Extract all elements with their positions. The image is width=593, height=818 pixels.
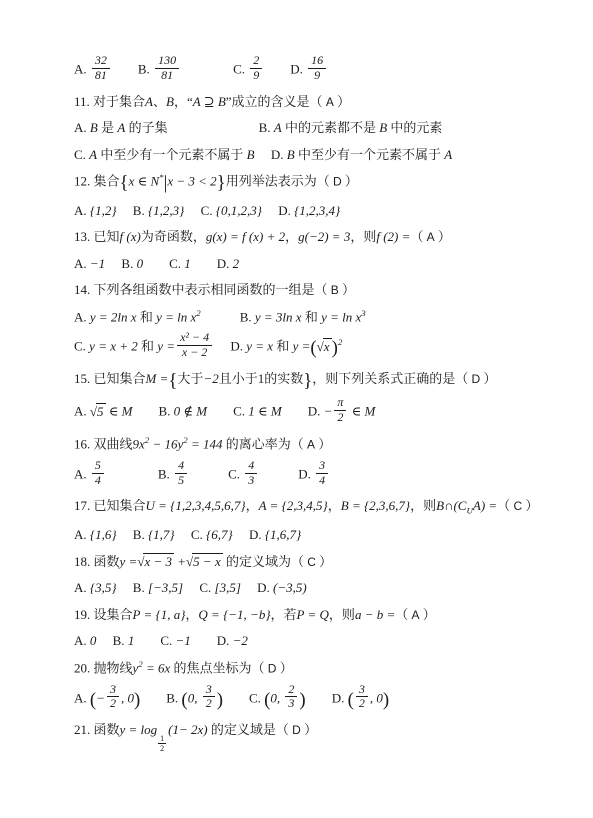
answer-mark: B <box>331 283 339 297</box>
superscript: 2 <box>338 337 342 347</box>
q11-options-cd: C. A 中至少有一个元素不属于 B D. B 中至少有一个元素不属于 A <box>74 145 575 165</box>
math-run: {1,6} <box>90 527 117 542</box>
numerator: 4 <box>245 459 257 474</box>
text-run: D. <box>262 203 294 218</box>
text-run: ） <box>334 94 350 109</box>
text-run: ，若 <box>271 607 297 622</box>
text-run: ，则下列关系式正确的是（ <box>312 371 471 386</box>
text-run: B. <box>106 466 173 481</box>
text-run: D. <box>241 580 273 595</box>
text-run: 和 <box>302 309 322 324</box>
text-run: 的子集 B. <box>125 120 273 135</box>
math-run: = 144 <box>188 436 223 451</box>
q19-stem: 19. 设集合P = {1, a}，Q = {−1, −b}，若P = Q，则a… <box>74 605 575 625</box>
answer-mark: D <box>333 174 342 188</box>
text-run: A. <box>74 580 90 595</box>
math-run: B <box>287 147 295 162</box>
denominator: 2 <box>334 411 346 425</box>
q14-options-ab: A. y = 2ln x 和 y = ln x2 B. y = 3ln x 和 … <box>74 307 575 327</box>
math-run: ∈ M <box>106 404 133 419</box>
math-run: B = {2,3,6,7} <box>341 498 410 513</box>
math-run: −1 <box>90 256 105 271</box>
numerator: 2 <box>250 54 262 69</box>
text-run: D. <box>259 466 314 481</box>
radicand: 5 <box>96 403 106 419</box>
denominator: x − 2 <box>179 346 210 360</box>
text-run: （ <box>410 229 426 244</box>
text-run: D. <box>282 404 324 419</box>
fraction: 32 <box>203 683 215 712</box>
text-run: ） <box>339 282 355 297</box>
text-run: 为奇函数， <box>141 229 206 244</box>
text-run: B. <box>117 527 148 542</box>
math-run: y = 2ln x <box>90 309 137 324</box>
fraction: 43 <box>245 459 257 488</box>
fraction: 34 <box>316 459 328 488</box>
numerator: x² − 4 <box>177 331 212 346</box>
numerator: 4 <box>175 459 187 474</box>
denominator: 9 <box>311 69 323 83</box>
fraction: x² − 4x − 2 <box>177 331 212 360</box>
text-run: 和 <box>273 339 293 354</box>
q16-stem: 16. 双曲线9x2 − 16y2 = 144 的离心率为（ A ） <box>74 434 575 454</box>
fraction: π2 <box>334 396 346 425</box>
text-run: A. <box>74 633 90 648</box>
text-run: B. <box>105 256 136 271</box>
text-run: B. <box>96 633 127 648</box>
q19-options: A. 0 B. 1 C. −1 D. −2 <box>74 631 575 651</box>
text-run: 20. 抛物线 <box>74 660 133 675</box>
text-run: ） <box>316 554 332 569</box>
fraction: 23 <box>285 683 297 712</box>
q15-options: A. √5 ∈ M B. 0 ∉ M C. 1 ∈ M D. −π2 ∈ M <box>74 398 575 427</box>
text-run: C. <box>181 61 248 76</box>
numerator: 2 <box>285 683 297 698</box>
math-run: 9x <box>133 436 145 451</box>
text-run: ，则 <box>350 229 376 244</box>
text-run: C. <box>207 404 248 419</box>
q11-stem: 11. 对于集合A、B，“A ⊇ B”成立的含义是（ A ） <box>74 92 575 112</box>
math-run: + <box>174 554 186 569</box>
text-run: B. <box>117 580 148 595</box>
q16-options: A. 54 B. 45 C. 43 D. 34 <box>74 461 575 490</box>
math-run: M = <box>146 371 169 386</box>
big-delimiter: ( <box>348 689 354 710</box>
q21-stem: 21. 函数y = log12(1− 2x) 的定义域是（ D ） <box>74 720 575 746</box>
q15-stem: 15. 已知集合M ={大于−2且小于1的实数}，则下列关系式正确的是（ D ） <box>74 369 575 391</box>
text-run: C. <box>184 203 215 218</box>
text-run: 12. 集合 <box>74 173 120 188</box>
text-run: 、 <box>153 94 166 109</box>
text-run: ，“ <box>174 94 193 109</box>
text-run: ， <box>246 498 259 513</box>
math-run: −2 <box>203 371 218 386</box>
q20-stem: 20. 抛物线y2 = 6x 的焦点坐标为（ D ） <box>74 658 575 678</box>
answer-mark: A <box>326 95 334 109</box>
text-run: C. <box>74 339 89 354</box>
sqrt-radical: √x − 3 <box>137 554 174 569</box>
fraction: 3281 <box>92 54 110 83</box>
top-options-line: A. 3281 B. 13081 C. 29 D. 169 <box>74 56 575 85</box>
math-run: A <box>274 120 282 135</box>
math-run: {3,5} <box>90 580 117 595</box>
text-run: A. <box>74 256 90 271</box>
math-run: Q = {−1, −b} <box>198 607 270 622</box>
math-run: y = x <box>246 339 273 354</box>
math-run: {1,7} <box>148 527 175 542</box>
math-run: , 0 <box>370 690 383 705</box>
q14-stem: 14. 下列各组函数中表示相同函数的一组是（ B ） <box>74 280 575 300</box>
numerator: π <box>334 396 346 411</box>
denominator: 2 <box>356 697 368 711</box>
math-run: P = {1, a} <box>133 607 186 622</box>
math-run: [−3,5] <box>148 580 183 595</box>
sqrt-radical: √x <box>317 339 332 354</box>
fraction: 29 <box>250 54 262 83</box>
radicand: 5 − x <box>192 553 223 569</box>
fraction: 45 <box>175 459 187 488</box>
big-delimiter: { <box>120 173 129 194</box>
math-run: f (x) <box>120 229 141 244</box>
math-run: [3,5] <box>215 580 241 595</box>
text-run: B. <box>201 309 255 324</box>
math-run: y = x + 2 <box>89 339 138 354</box>
text-run: C. <box>74 147 89 162</box>
text-run: 15. 已知集合 <box>74 371 146 386</box>
text-run: D. <box>264 61 306 76</box>
math-run: − <box>324 404 333 419</box>
denominator: 2 <box>107 697 119 711</box>
denominator: 2 <box>158 744 166 753</box>
math-run: g(x) = f (x) + 2 <box>206 229 285 244</box>
superscript: 3 <box>361 308 365 318</box>
text-run: 18. 函数 <box>74 554 120 569</box>
text-run: 的定义域是（ <box>208 722 293 737</box>
math-run: = 6x <box>143 660 171 675</box>
exam-question-list: A. 3281 B. 13081 C. 29 D. 16911. 对于集合A、B… <box>74 56 575 746</box>
denominator: 5 <box>175 474 187 488</box>
q17-stem: 17. 已知集合U = {1,2,3,4,5,6,7}，A = {2,3,4,5… <box>74 496 575 518</box>
text-run: ） <box>301 722 317 737</box>
text-run: 用列举法表示为（ <box>226 173 333 188</box>
answer-mark: D <box>472 372 481 386</box>
text-run: B. <box>117 203 148 218</box>
text-run: D. <box>255 147 287 162</box>
answer-mark: C <box>307 555 316 569</box>
math-run: , 0 <box>121 690 134 705</box>
math-run: y = ln x <box>156 309 196 324</box>
math-run: (−3,5) <box>273 580 307 595</box>
q13-options: A. −1 B. 0 C. 1 D. 2 <box>74 254 575 274</box>
math-run: B <box>247 147 255 162</box>
text-run: ） <box>420 607 436 622</box>
math-run: −1 <box>175 633 190 648</box>
text-run: C. <box>134 633 175 648</box>
text-run: 14. 下列各组函数中表示相同函数的一组是（ <box>74 282 331 297</box>
math-run: 0, <box>270 690 283 705</box>
numerator: 5 <box>92 459 104 474</box>
text-run: A. <box>74 404 90 419</box>
answer-mark: A <box>412 608 420 622</box>
text-run: ，则 <box>410 498 436 513</box>
math-run: y = <box>120 554 138 569</box>
text-run: （ <box>395 607 411 622</box>
text-run: 且小于1的实数 <box>219 371 304 386</box>
text-run: D. <box>191 256 233 271</box>
text-run: 和 <box>138 339 158 354</box>
q17-options: A. {1,6} B. {1,7} C. {6,7} D. {1,6,7} <box>74 525 575 545</box>
q18-options: A. {3,5} B. [−3,5] C. [3,5] D. (−3,5) <box>74 578 575 598</box>
numerator: 3 <box>316 459 328 474</box>
fraction: 32 <box>356 683 368 712</box>
text-run: C. <box>189 466 243 481</box>
math-run: B∩(C <box>436 498 466 513</box>
text-run: ） <box>315 436 331 451</box>
radicand: x <box>323 338 332 354</box>
text-run: D. <box>191 633 233 648</box>
text-run: B. <box>112 61 153 76</box>
text-run: 的定义域为（ <box>223 554 308 569</box>
text-run: 中至少有一个元素不属于 <box>97 147 247 162</box>
math-run: U = {1,2,3,4,5,6,7} <box>146 498 246 513</box>
text-run: 17. 已知集合 <box>74 498 146 513</box>
math-run: 0 ∉ M <box>174 404 207 419</box>
text-run: 中的元素 <box>387 120 442 135</box>
radicand: x − 3 <box>143 553 174 569</box>
math-run: {6,7} <box>206 527 233 542</box>
big-delimiter: } <box>303 370 312 391</box>
math-run: A <box>145 94 153 109</box>
text-run: A. <box>74 690 90 705</box>
text-run: 的离心率为（ <box>222 436 307 451</box>
text-run: ， <box>285 229 298 244</box>
math-run: y = <box>293 339 311 354</box>
text-run: 13. 已知 <box>74 229 120 244</box>
text-run: D. <box>306 690 348 705</box>
answer-mark: A <box>427 230 435 244</box>
text-run: D. <box>214 339 246 354</box>
math-run: A <box>444 147 452 162</box>
text-run: 21. 函数 <box>74 722 120 737</box>
small-fraction-log-base: 12 <box>158 734 166 753</box>
math-run: A <box>89 147 97 162</box>
q11-options-ab: A. B 是 A 的子集 B. A 中的元素都不是 B 中的元素 <box>74 118 575 138</box>
math-run: {1,6,7} <box>265 527 301 542</box>
numerator: 16 <box>308 54 326 69</box>
math-run: {0,1,2,3} <box>216 203 262 218</box>
math-run: P = Q <box>297 607 329 622</box>
q14-options-cd: C. y = x + 2 和 y =x² − 4x − 2 D. y = x 和… <box>74 333 575 362</box>
answer-mark: C <box>513 499 522 513</box>
text-run: 的焦点坐标为（ <box>170 660 268 675</box>
answer-mark: D <box>292 723 301 737</box>
text-run: A. <box>74 61 90 76</box>
text-run: ， <box>185 607 198 622</box>
math-run: a − b = <box>355 607 395 622</box>
text-run: ，则 <box>329 607 355 622</box>
document-page: A. 3281 B. 13081 C. 29 D. 16911. 对于集合A、B… <box>0 0 593 818</box>
math-run: {1,2,3,4} <box>294 203 340 218</box>
q12-stem: 12. 集合{x ∈ N*|x − 3 < 2}用列举法表示为（ D ） <box>74 171 575 194</box>
big-delimiter: } <box>217 173 226 194</box>
numerator: 130 <box>155 54 179 69</box>
text-run: ） <box>276 660 292 675</box>
numerator: 3 <box>203 683 215 698</box>
text-run: A. <box>74 466 90 481</box>
math-run: − <box>96 690 105 705</box>
math-run: f (2) = <box>376 229 410 244</box>
math-run: y = 3ln x <box>255 309 302 324</box>
math-run: x − 3 < 2 <box>167 173 216 188</box>
text-run: B. <box>140 690 181 705</box>
text-run: 19. 设集合 <box>74 607 133 622</box>
big-delimiter: ) <box>383 689 389 710</box>
q13-stem: 13. 已知f (x)为奇函数，g(x) = f (x) + 2，g(−2) =… <box>74 227 575 247</box>
text-run: ） <box>435 229 451 244</box>
math-run: B <box>90 120 98 135</box>
math-run: g(−2) = 3 <box>298 229 350 244</box>
denominator: 81 <box>92 69 110 83</box>
text-run: ”成立的含义是（ <box>226 94 326 109</box>
text-run: A. <box>74 203 90 218</box>
q18-stem: 18. 函数y =√x − 3 +√5 − x 的定义域为（ C ） <box>74 552 575 572</box>
denominator: 81 <box>158 69 176 83</box>
q20-options: A. (−32, 0) B. (0, 32) C. (0, 23) D. (32… <box>74 685 575 714</box>
text-run: A. <box>74 527 90 542</box>
text-run: A. <box>74 309 90 324</box>
denominator: 2 <box>203 697 215 711</box>
text-run: 大于 <box>177 371 203 386</box>
math-run: (1− 2x) <box>168 722 207 737</box>
text-run: 16. 双曲线 <box>74 436 133 451</box>
denominator: 4 <box>316 474 328 488</box>
sqrt-radical: √5 − x <box>186 554 223 569</box>
math-run: − 16y <box>149 436 183 451</box>
denominator: 3 <box>245 474 257 488</box>
text-run: 是 <box>98 120 118 135</box>
text-run: B. <box>132 404 173 419</box>
math-run: 2 <box>233 256 240 271</box>
fraction: 13081 <box>155 54 179 83</box>
numerator: 1 <box>158 734 166 744</box>
numerator: 3 <box>356 683 368 698</box>
text-run: A. <box>74 120 90 135</box>
math-run: 0, <box>188 690 201 705</box>
text-run: 中至少有一个元素不属于 <box>295 147 445 162</box>
math-run: A = {2,3,4,5} <box>259 498 328 513</box>
math-run: 1 ∈ M <box>248 404 281 419</box>
numerator: 3 <box>107 683 119 698</box>
fraction: 169 <box>308 54 326 83</box>
sqrt-radical: √5 <box>90 404 106 419</box>
math-run: {1,2} <box>90 203 117 218</box>
math-run: A ⊇ B <box>193 94 226 109</box>
math-run: y = log <box>120 722 158 737</box>
text-run: ） <box>522 498 538 513</box>
math-run: y = <box>157 339 175 354</box>
math-run: B <box>379 120 387 135</box>
math-run: ∈ M <box>348 404 375 419</box>
math-run: {1,2,3} <box>148 203 184 218</box>
text-run: 11. 对于集合 <box>74 94 145 109</box>
text-run: ） <box>342 173 358 188</box>
text-run: C. <box>175 527 206 542</box>
text-run: D. <box>233 527 265 542</box>
text-run: ） <box>480 371 496 386</box>
text-run: C. <box>183 580 214 595</box>
math-run: B <box>166 94 174 109</box>
text-run: ， <box>328 498 341 513</box>
text-run: 中的元素都不是 <box>282 120 380 135</box>
denominator: 4 <box>92 474 104 488</box>
denominator: 9 <box>250 69 262 83</box>
math-run: A) = <box>473 498 497 513</box>
fraction: 54 <box>92 459 104 488</box>
text-run: （ <box>497 498 513 513</box>
q12-options: A. {1,2} B. {1,2,3} C. {0,1,2,3} D. {1,2… <box>74 201 575 221</box>
math-run: x ∈ N <box>129 173 160 188</box>
denominator: 3 <box>285 697 297 711</box>
math-run: y = ln x <box>321 309 361 324</box>
text-run: C. <box>143 256 184 271</box>
fraction: 32 <box>107 683 119 712</box>
numerator: 32 <box>92 54 110 69</box>
math-run: −2 <box>233 633 248 648</box>
text-run: C. <box>223 690 264 705</box>
text-run: 和 <box>137 309 157 324</box>
answer-mark: A <box>307 437 315 451</box>
